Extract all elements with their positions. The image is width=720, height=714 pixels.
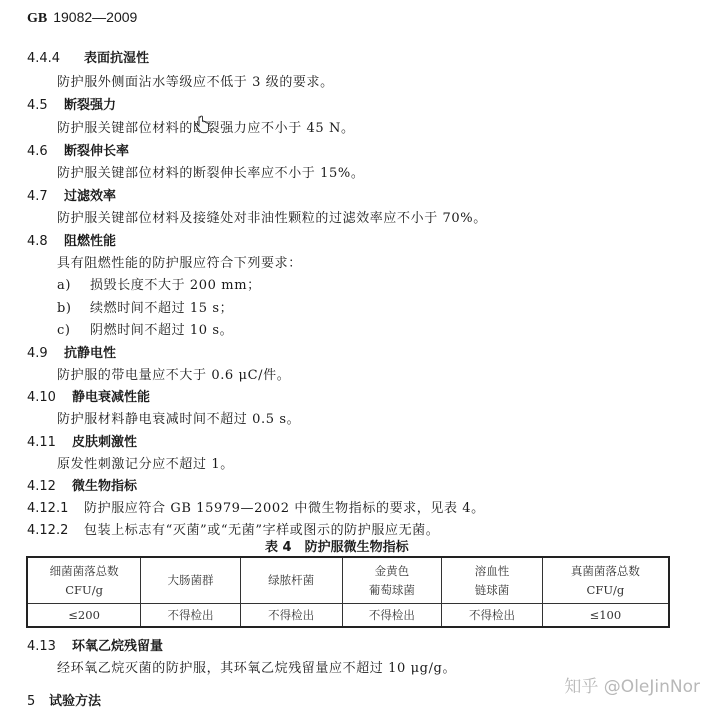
section-body-4-4-4: 防护服外侧面沾水等级应不低于 3 级的要求。 — [57, 71, 334, 90]
section-heading-4-12: 4.12微生物指标 — [27, 475, 137, 494]
header-total-bacteria: 细菌菌落总数CFU/g — [27, 557, 141, 604]
header-total-fungi: 真菌菌落总数CFU/g — [542, 557, 669, 604]
section-heading-4-13: 4.13环氧乙烷残留量 — [27, 635, 163, 654]
header-staphylococcus: 金黄色葡萄球菌 — [342, 557, 442, 604]
microbial-indicator-table: 细菌菌落总数CFU/g 大肠菌群 绿脓杆菌 金黄色葡萄球菌 溶血性链球菌 真菌菌… — [26, 556, 670, 628]
section-heading-4-4-4: 4.4.4表面抗湿性 — [27, 47, 149, 66]
list-item: a)损毁长度不大于 200 mm； — [57, 274, 261, 293]
section-body-4-10: 防护服材料静电衰减时间不超过 0.5 s。 — [57, 408, 300, 427]
hand-pointer-cursor-icon — [194, 115, 210, 137]
header-pseudomonas: 绿脓杆菌 — [240, 557, 342, 604]
section-body-4-9: 防护服的带电量应不大于 0.6 μC/件。 — [57, 364, 290, 383]
table-cell: ≤100 — [542, 604, 669, 628]
table-caption: 表 4 防护服微生物指标 — [265, 536, 409, 555]
section-heading-5: 5试验方法 — [27, 690, 101, 709]
list-item: b)续燃时间不超过 15 s； — [57, 297, 233, 316]
table-header-row: 细菌菌落总数CFU/g 大肠菌群 绿脓杆菌 金黄色葡萄球菌 溶血性链球菌 真菌菌… — [27, 557, 669, 604]
standard-prefix: GB — [27, 11, 47, 26]
table-cell: 不得检出 — [141, 604, 241, 628]
table-cell: 不得检出 — [240, 604, 342, 628]
section-heading-4-9: 4.9抗静电性 — [27, 342, 116, 361]
table-cell: 不得检出 — [342, 604, 442, 628]
section-body-4-6: 防护服关键部位材料的断裂伸长率应不小于 15%。 — [57, 162, 364, 181]
table-cell: ≤200 — [27, 604, 141, 628]
table-row: ≤200 不得检出 不得检出 不得检出 不得检出 ≤100 — [27, 604, 669, 628]
section-heading-4-5: 4.5断裂强力 — [27, 94, 116, 113]
section-body-4-11: 原发性刺激记分应不超过 1。 — [57, 453, 234, 472]
list-item: c)阴燃时间不超过 10 s。 — [57, 319, 233, 338]
section-body-4-7: 防护服关键部位材料及接缝处对非油性颗粒的过滤效率应不小于 70%。 — [57, 207, 487, 226]
section-heading-4-11: 4.11皮肤刺激性 — [27, 431, 137, 450]
section-heading-4-7: 4.7过滤效率 — [27, 185, 116, 204]
section-heading-4-10: 4.10静电衰减性能 — [27, 386, 150, 405]
section-body-4-13: 经环氧乙烷灭菌的防护服，其环氧乙烷残留量应不超过 10 μg/g。 — [57, 657, 456, 676]
subsection-4-12-1: 4.12.1防护服应符合 GB 15979—2002 中微生物指标的要求，见表 … — [27, 497, 485, 516]
section-heading-4-6: 4.6断裂伸长率 — [27, 140, 129, 159]
document-header: GB19082—2009 — [27, 9, 137, 27]
watermark: 知乎 @OleJinNor — [564, 672, 700, 697]
section-body-4-8: 具有阻燃性能的防护服应符合下列要求： — [57, 252, 302, 271]
section-heading-4-8: 4.8阻燃性能 — [27, 230, 116, 249]
header-coliform: 大肠菌群 — [141, 557, 241, 604]
standard-code: 19082—2009 — [53, 9, 137, 25]
table-cell: 不得检出 — [442, 604, 543, 628]
header-streptococcus: 溶血性链球菌 — [442, 557, 543, 604]
